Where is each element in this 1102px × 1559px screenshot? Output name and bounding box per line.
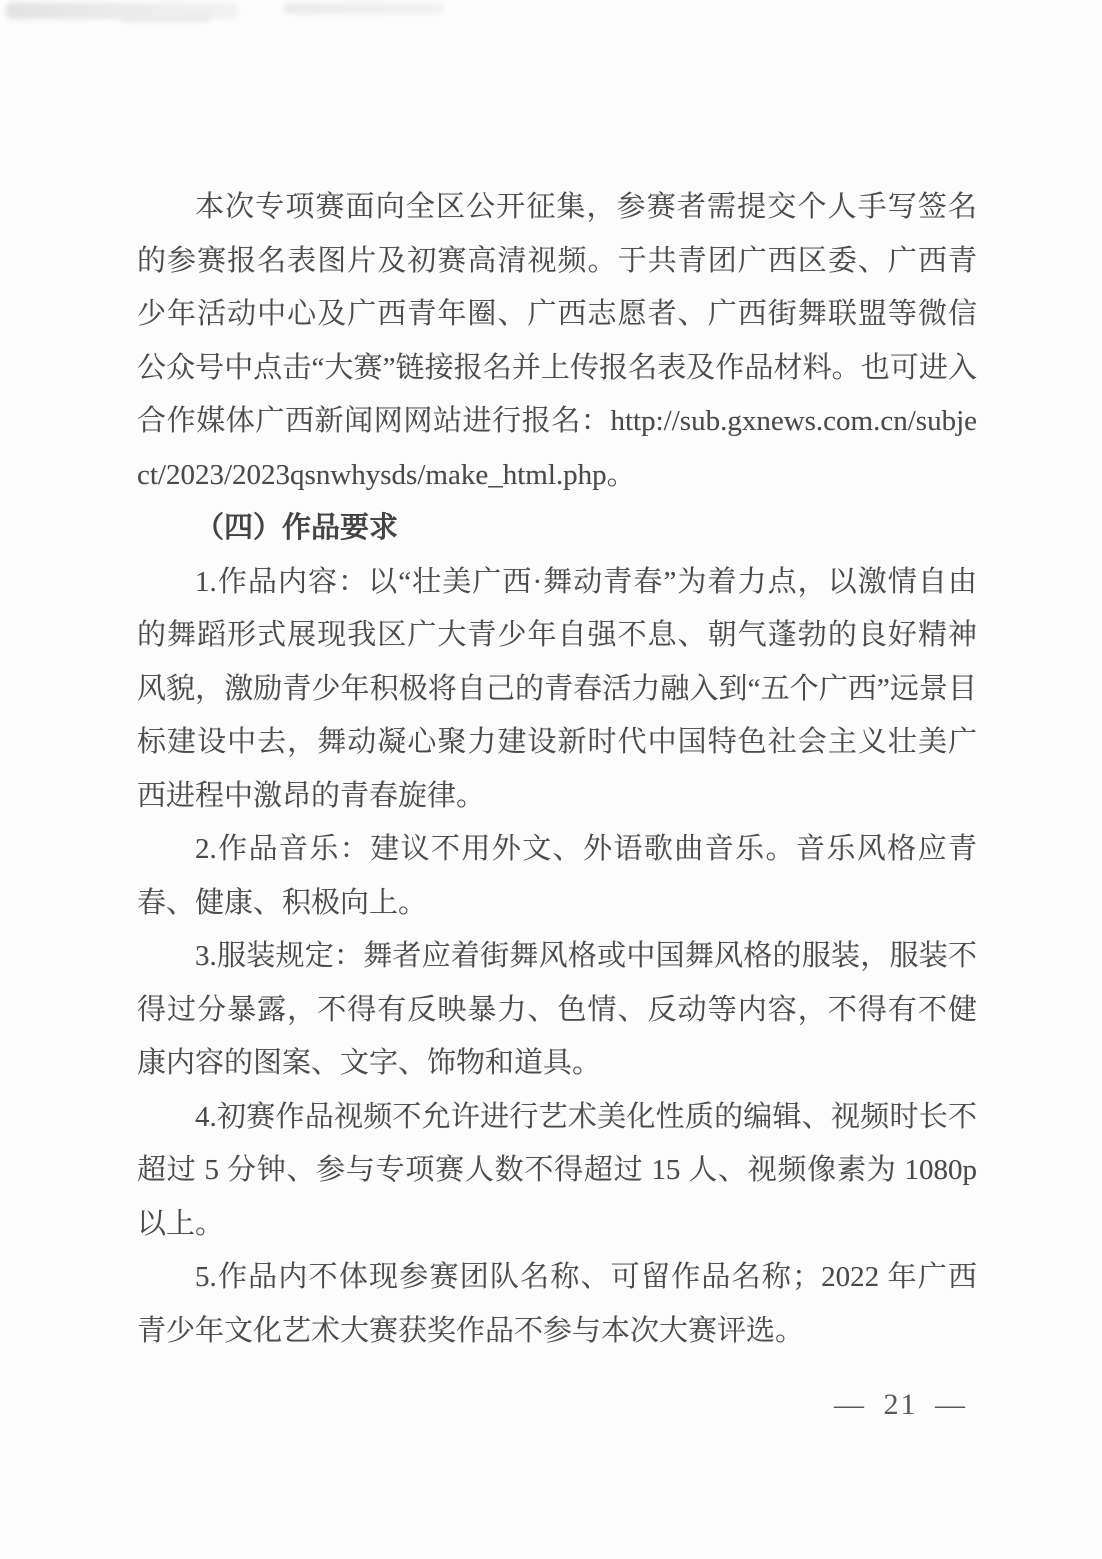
page-number: — 21 — <box>834 1383 967 1427</box>
document-body: 本次专项赛面向全区公开征集，参赛者需提交个人手写签名的参赛报名表图片及初赛高清视… <box>137 181 977 1358</box>
paragraph-work-content-requirement: 1.作品内容：以“壮美广西·舞动青春”为着力点，以激情自由的舞蹈形式展现我区广大… <box>137 556 977 824</box>
paragraph-registration-info: 本次专项赛面向全区公开征集，参赛者需提交个人手写签名的参赛报名表图片及初赛高清视… <box>137 181 977 502</box>
paragraph-naming-requirement: 5.作品内不体现参赛团队名称、可留作品名称；2022 年广西青少年文化艺术大赛获… <box>137 1251 977 1358</box>
document-page: 本次专项赛面向全区公开征集，参赛者需提交个人手写签名的参赛报名表图片及初赛高清视… <box>0 0 1102 1559</box>
paragraph-video-requirement: 4.初赛作品视频不允许进行艺术美化性质的编辑、视频时长不超过 5 分钟、参与专项… <box>137 1091 977 1252</box>
scan-artifact-top-smudge <box>120 14 210 22</box>
scan-artifact-top-center <box>284 3 444 14</box>
section-heading-work-requirements: （四）作品要求 <box>137 502 977 556</box>
paragraph-costume-requirement: 3.服装规定：舞者应着街舞风格或中国舞风格的服装，服装不得过分暴露，不得有反映暴… <box>137 930 977 1091</box>
paragraph-work-music-requirement: 2.作品音乐：建议不用外文、外语歌曲音乐。音乐风格应青春、健康、积极向上。 <box>137 823 977 930</box>
